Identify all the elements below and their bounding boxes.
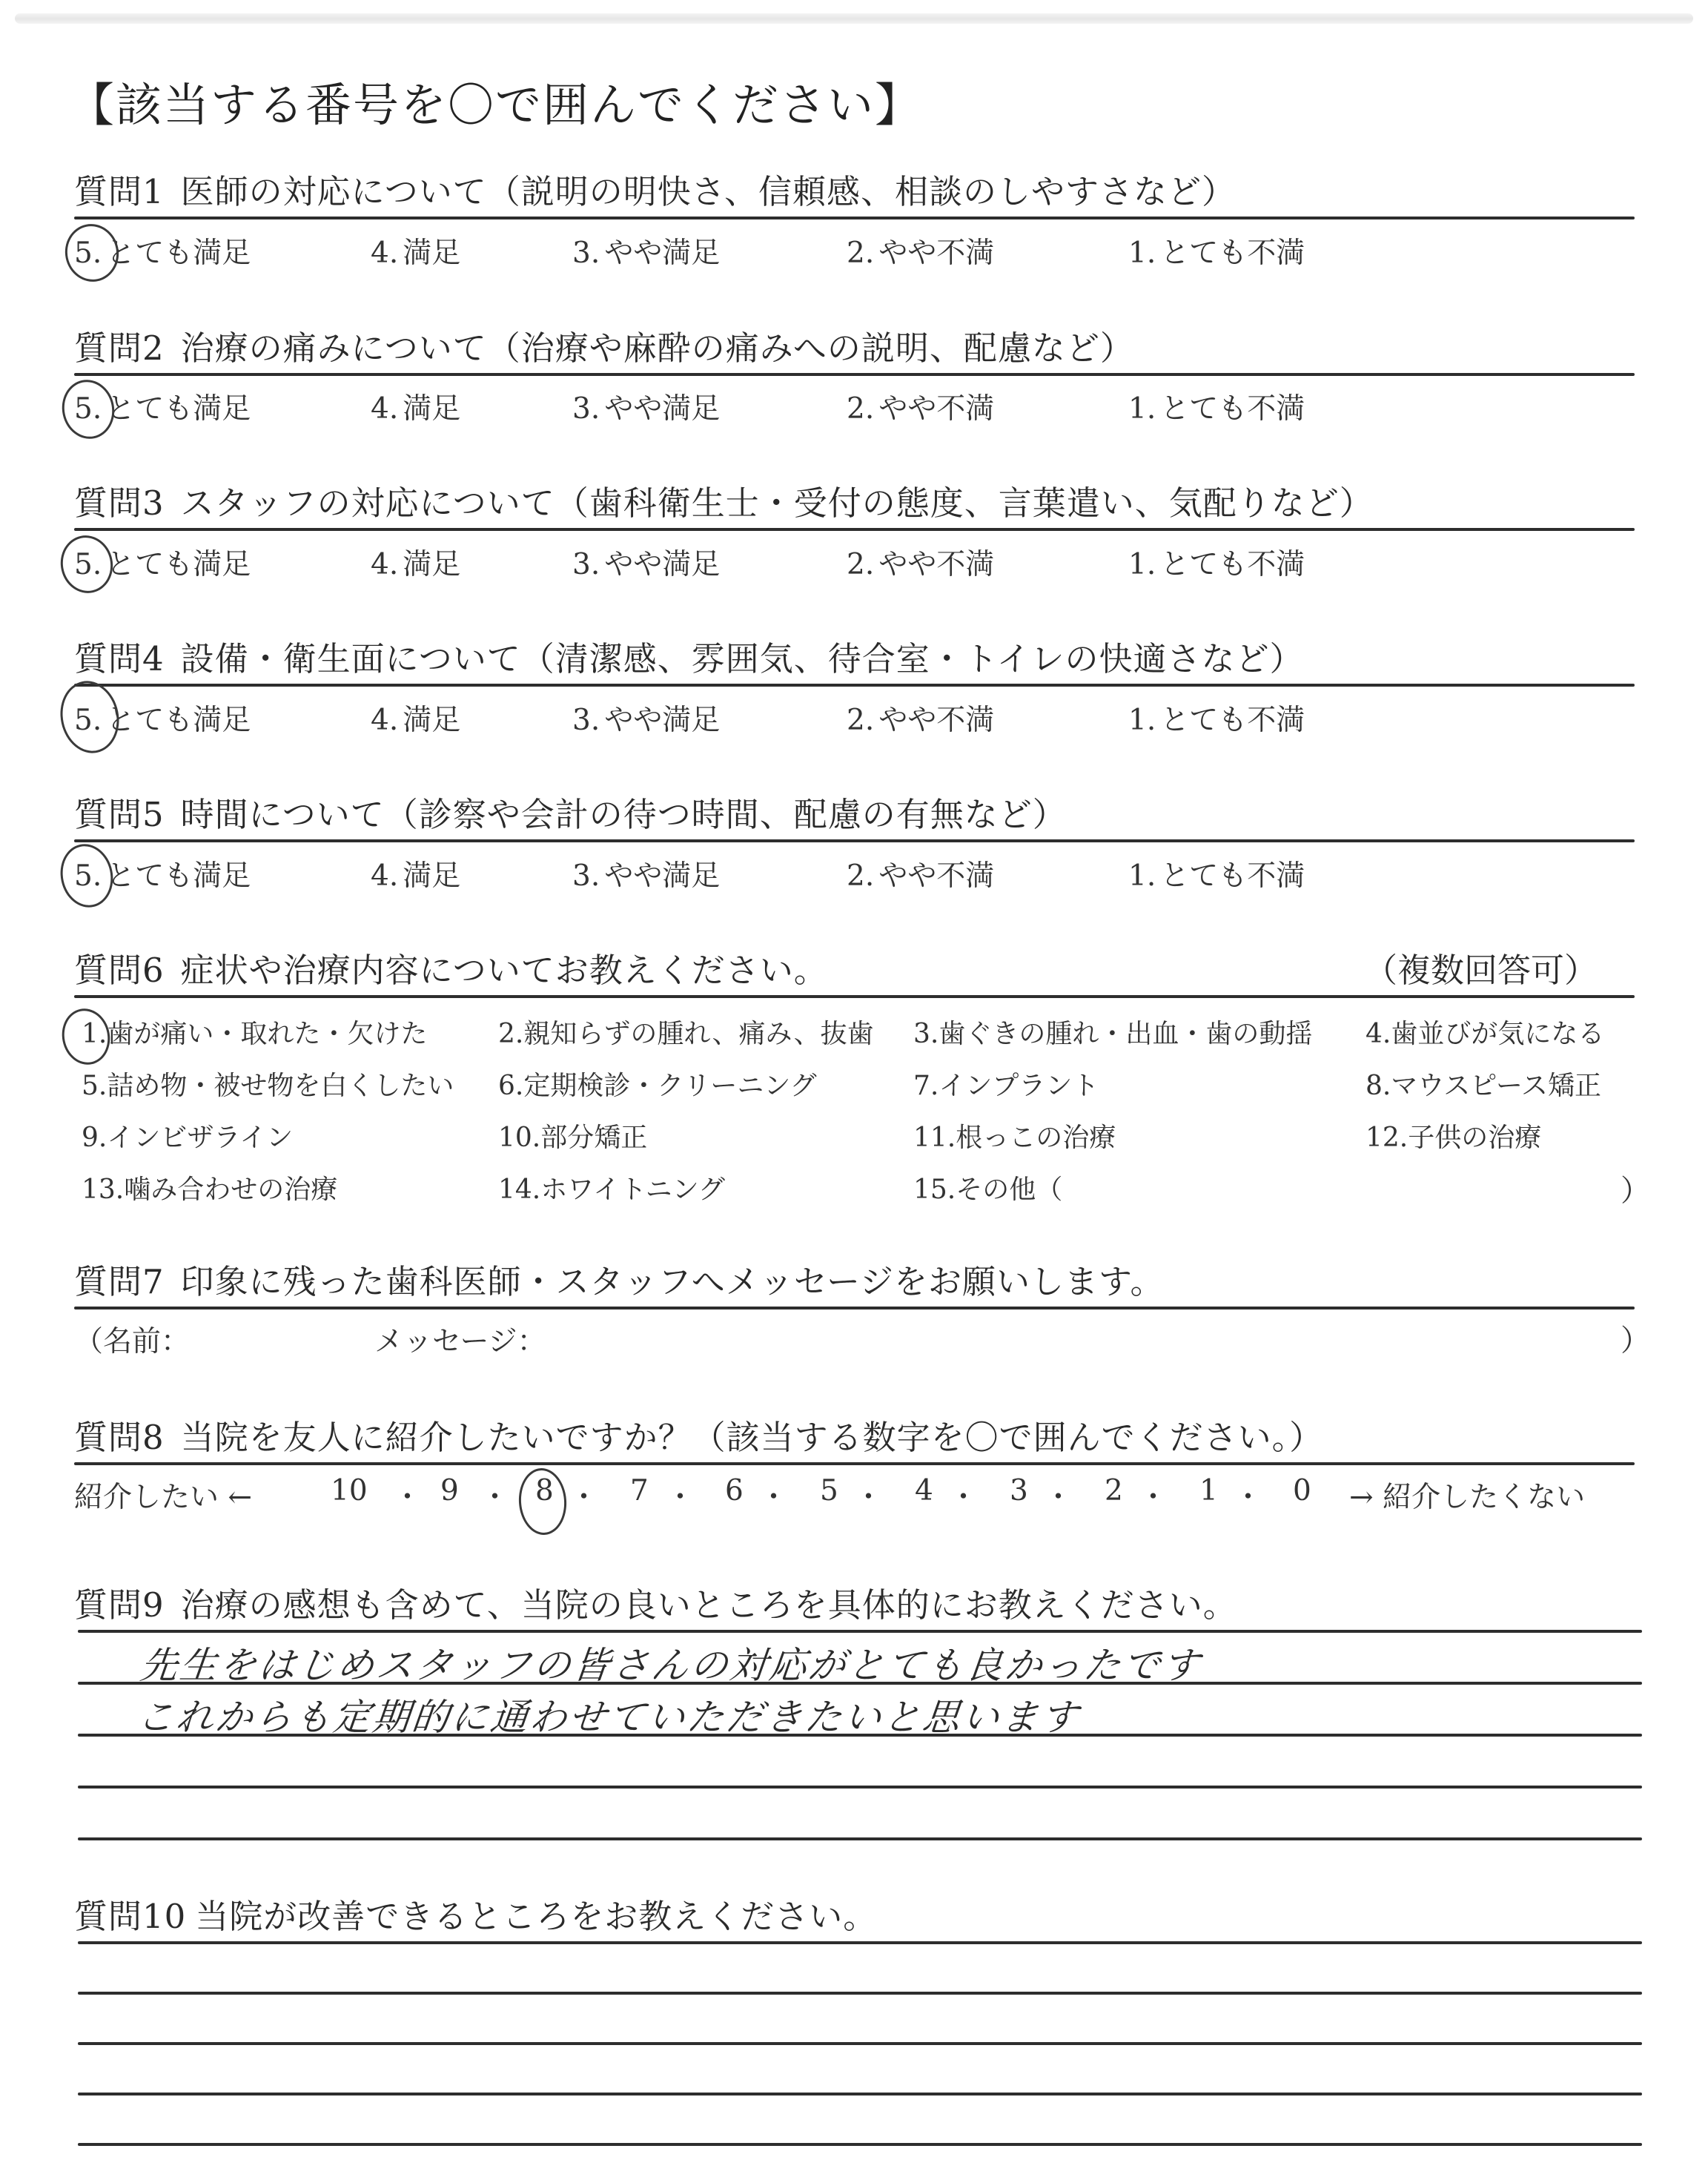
q1-option-2[interactable]: 2.やや不満 bbox=[847, 230, 994, 271]
question-3-number: 質問3 bbox=[74, 483, 165, 523]
q6-item-15-other[interactable]: 15.その他（ bbox=[913, 1169, 1062, 1206]
scale-separator: ・ bbox=[393, 1474, 422, 1516]
q6-other-close-paren: ） bbox=[1621, 1167, 1650, 1209]
scale-separator: ・ bbox=[1234, 1474, 1262, 1516]
question-5-rule bbox=[74, 839, 1635, 842]
scan-edge bbox=[15, 13, 1693, 24]
question-1-heading: 質問1医師の対応について（説明の明快さ、信頼感、相談のしやすさなど） bbox=[74, 165, 1236, 213]
question-10-heading: 質問10当院が改善できるところをお教えください。 bbox=[74, 1889, 877, 1938]
q5-option-1[interactable]: 1.とても不満 bbox=[1128, 853, 1305, 894]
question-9-number: 質問9 bbox=[74, 1585, 165, 1625]
q8-scale-1[interactable]: 1 bbox=[1199, 1474, 1218, 1507]
q2-option-3[interactable]: 3.やや満足 bbox=[572, 386, 720, 427]
q3-option-3[interactable]: 3.やや満足 bbox=[572, 541, 720, 583]
question-7-rule bbox=[74, 1307, 1635, 1309]
question-4-heading: 質問4設備・衛生面について（清潔感、雰囲気、待合室・トイレの快適さなど） bbox=[74, 632, 1304, 680]
q1-option-4[interactable]: 4.満足 bbox=[371, 230, 460, 271]
question-4-rule bbox=[74, 684, 1635, 687]
q6-item-7[interactable]: 7.インプラント bbox=[913, 1065, 1099, 1103]
q5-selected-circle bbox=[55, 839, 119, 913]
q4-option-4[interactable]: 4.満足 bbox=[371, 697, 460, 739]
q6-item-11[interactable]: 11.根っこの治療 bbox=[913, 1117, 1116, 1155]
question-5-heading: 質問5時間について（診察や会計の待つ時間、配慮の有無など） bbox=[74, 787, 1067, 836]
question-2-text: 治療の痛みについて（治療や麻酔の痛みへの説明、配慮など） bbox=[181, 328, 1134, 368]
q7-message-field[interactable] bbox=[563, 1318, 1601, 1351]
q8-scale-0[interactable]: 0 bbox=[1293, 1474, 1311, 1507]
q6-item-12[interactable]: 12.子供の治療 bbox=[1366, 1117, 1541, 1155]
question-8-heading: 質問8当院を友人に紹介したいですか？（該当する数字を〇で囲んでください。） bbox=[74, 1410, 1323, 1459]
multiple-answers-note: （複数回答可） bbox=[1364, 943, 1598, 991]
q9-handwritten-answer-line-1[interactable]: 先生をはじめスタッフの皆さんの対応がとても良かったです bbox=[138, 1636, 1205, 1689]
question-1-rule bbox=[74, 217, 1635, 219]
scale-separator: ・ bbox=[949, 1474, 978, 1516]
scale-separator: ・ bbox=[759, 1474, 788, 1516]
q8-scale-7[interactable]: 7 bbox=[630, 1474, 649, 1507]
q6-item-1[interactable]: 1.歯が痛い・取れた・欠けた bbox=[82, 1013, 427, 1051]
q9-answer-line-1 bbox=[78, 1630, 1642, 1633]
q2-option-4[interactable]: 4.満足 bbox=[371, 386, 460, 427]
question-6-rule bbox=[74, 995, 1635, 998]
question-1-text: 医師の対応について（説明の明快さ、信頼感、相談のしやすさなど） bbox=[181, 172, 1236, 211]
scale-separator: ・ bbox=[666, 1474, 695, 1516]
q6-item-14[interactable]: 14.ホワイトニング bbox=[498, 1169, 725, 1206]
question-1-number: 質問1 bbox=[74, 172, 165, 211]
question-7-heading: 質問7印象に残った歯科医師・スタッフへメッセージをお願いします。 bbox=[74, 1255, 1164, 1303]
question-3-heading: 質問3スタッフの対応について（歯科衛生士・受付の態度、言葉遣い、気配りなど） bbox=[74, 476, 1374, 524]
question-10-number: 質問10 bbox=[74, 1897, 186, 1936]
q8-scale-2[interactable]: 2 bbox=[1105, 1474, 1123, 1507]
q8-left-label: 紹介したい ← bbox=[74, 1474, 252, 1516]
question-7-number: 質問7 bbox=[74, 1262, 165, 1301]
q2-option-2[interactable]: 2.やや不満 bbox=[847, 386, 994, 427]
q10-answer-area[interactable] bbox=[78, 1944, 1642, 2143]
question-8-text: 当院を友人に紹介したいですか？（該当する数字を〇で囲んでください。） bbox=[181, 1418, 1324, 1457]
question-7-text: 印象に残った歯科医師・スタッフへメッセージをお願いします。 bbox=[181, 1262, 1165, 1301]
q4-option-1[interactable]: 1.とても不満 bbox=[1128, 697, 1305, 739]
q3-option-2[interactable]: 2.やや不満 bbox=[847, 541, 994, 583]
q8-scale-10[interactable]: 10 bbox=[331, 1474, 368, 1507]
q10-answer-line-5 bbox=[78, 2143, 1642, 2146]
q7-name-field[interactable] bbox=[193, 1318, 356, 1351]
q8-scale-5[interactable]: 5 bbox=[820, 1474, 838, 1507]
q7-close-paren: ） bbox=[1621, 1317, 1650, 1359]
q8-scale-6[interactable]: 6 bbox=[725, 1474, 744, 1507]
question-2-heading: 質問2治療の痛みについて（治療や麻酔の痛みへの説明、配慮など） bbox=[74, 321, 1134, 369]
q6-item-13[interactable]: 13.噛み合わせの治療 bbox=[82, 1169, 337, 1206]
q6-item-10[interactable]: 10.部分矯正 bbox=[498, 1117, 647, 1155]
scale-separator: ・ bbox=[480, 1474, 509, 1516]
q6-item-2[interactable]: 2.親知らずの腫れ、痛み、抜歯 bbox=[498, 1013, 874, 1051]
page-title: 【該当する番号を〇で囲んでください】 bbox=[68, 68, 922, 134]
scale-separator: ・ bbox=[569, 1474, 598, 1516]
q6-item-5[interactable]: 5.詰め物・被せ物を白くしたい bbox=[82, 1065, 454, 1103]
q4-option-2[interactable]: 2.やや不満 bbox=[847, 697, 994, 739]
question-8-rule bbox=[74, 1462, 1635, 1465]
question-4-text: 設備・衛生面について（清潔感、雰囲気、待合室・トイレの快適さなど） bbox=[181, 639, 1304, 678]
q8-scale-4[interactable]: 4 bbox=[915, 1474, 933, 1507]
q9-handwritten-answer-line-2[interactable]: これからも定期的に通わせていただきたいと思います bbox=[134, 1688, 1083, 1741]
scale-separator: ・ bbox=[1139, 1474, 1168, 1516]
question-4-number: 質問4 bbox=[74, 639, 165, 678]
q7-name-label: （名前： bbox=[74, 1318, 190, 1360]
q5-option-3[interactable]: 3.やや満足 bbox=[572, 853, 720, 894]
q6-item-6[interactable]: 6.定期検診・クリーニング bbox=[498, 1065, 817, 1103]
question-9-heading: 質問9治療の感想も含めて、当院の良いところを具体的にお教えください。 bbox=[74, 1578, 1237, 1626]
question-6-text: 症状や治療内容についてお教えください。 bbox=[181, 951, 828, 990]
scale-separator: ・ bbox=[854, 1474, 883, 1516]
q5-option-4[interactable]: 4.満足 bbox=[371, 853, 460, 894]
question-8-number: 質問8 bbox=[74, 1418, 165, 1457]
question-2-number: 質問2 bbox=[74, 328, 165, 368]
question-6-heading: 質問6症状や治療内容についてお教えください。 bbox=[74, 943, 828, 991]
question-5-number: 質問5 bbox=[74, 795, 165, 834]
q6-item-9[interactable]: 9.インビザライン bbox=[82, 1117, 293, 1155]
q2-option-1[interactable]: 1.とても不満 bbox=[1128, 386, 1305, 427]
question-10-text: 当院が改善できるところをお教えください。 bbox=[195, 1897, 877, 1936]
q1-option-1[interactable]: 1.とても不満 bbox=[1128, 230, 1305, 271]
question-5-text: 時間について（診察や会計の待つ時間、配慮の有無など） bbox=[181, 795, 1067, 834]
scale-separator: ・ bbox=[1044, 1474, 1073, 1516]
q6-item-4[interactable]: 4.歯並びが気になる bbox=[1366, 1013, 1604, 1051]
q5-option-2[interactable]: 2.やや不満 bbox=[847, 853, 994, 894]
q8-selected-circle bbox=[517, 1467, 569, 1536]
q1-option-3[interactable]: 3.やや満足 bbox=[572, 230, 720, 271]
q3-option-1[interactable]: 1.とても不満 bbox=[1128, 541, 1305, 583]
q8-right-label: → 紹介したくない bbox=[1349, 1474, 1585, 1516]
q6-item-8[interactable]: 8.マウスピース矯正 bbox=[1366, 1065, 1601, 1103]
q6-item-3[interactable]: 3.歯ぐきの腫れ・出血・歯の動揺 bbox=[913, 1013, 1312, 1051]
q9-answer-line-4 bbox=[78, 1786, 1642, 1789]
q4-option-3[interactable]: 3.やや満足 bbox=[572, 697, 720, 739]
q8-scale-3[interactable]: 3 bbox=[1010, 1474, 1028, 1507]
q3-option-4[interactable]: 4.満足 bbox=[371, 541, 460, 583]
question-6-number: 質問6 bbox=[74, 951, 165, 990]
question-9-text: 治療の感想も含めて、当院の良いところを具体的にお教えください。 bbox=[181, 1585, 1237, 1625]
q9-answer-line-5 bbox=[78, 1837, 1642, 1840]
question-3-text: スタッフの対応について（歯科衛生士・受付の態度、言葉遣い、気配りなど） bbox=[181, 483, 1374, 523]
q8-scale-9[interactable]: 9 bbox=[440, 1474, 459, 1507]
q7-message-label: メッセージ： bbox=[374, 1318, 546, 1360]
question-3-rule bbox=[74, 528, 1635, 531]
question-2-rule bbox=[74, 373, 1635, 376]
q4-selected-circle bbox=[54, 676, 126, 759]
